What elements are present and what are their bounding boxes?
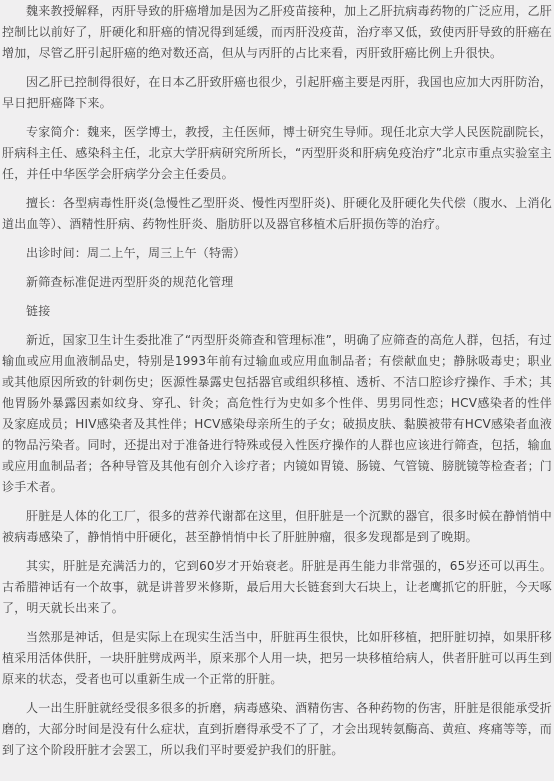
paragraph-protect-liver: 人一出生肝脏就经受很多很多的折磨，病毒感染、酒精伤害、各种药物的伤害，肝脏是很能…	[2, 698, 552, 761]
paragraph-expert-profile: 专家简介：魏来，医学博士，教授，主任医师，博士研究生导师。现任北京大学人民医院副…	[2, 122, 552, 185]
paragraph-expert-specialty: 擅长：各型病毒性肝炎(急慢性乙型肝炎、慢性丙型肝炎)、肝硬化及肝硬化失代偿（腹水…	[2, 193, 552, 235]
paragraph-liver-transplant-regeneration: 当然那是神话，但是实际上在现实生活当中，肝脏再生很快，比如肝移植，把肝脏切掉，如…	[2, 627, 552, 690]
paragraph-clinic-hours: 出诊时间：周二上午，周三上午（特需）	[2, 243, 552, 264]
link-label: 链接	[2, 301, 552, 322]
section-heading-screening-standard: 新筛查标准促进丙型肝炎的规范化管理	[2, 272, 552, 293]
paragraph-liver-silent-organ: 肝脏是人体的化工厂，很多的营养代谢都在这里，但肝脏是一个沉默的器官，很多时候在静…	[2, 506, 552, 548]
article-body: 魏来教授解释，丙肝导致的肝癌增加是因为乙肝疫苗接种，加上乙肝抗病毒药物的广泛应用…	[0, 0, 554, 781]
paragraph-liver-regeneration-myth: 其实，肝脏是充满活力的，它到60岁才开始衰老。肝脏是再生能力非常强的，65岁还可…	[2, 556, 552, 619]
paragraph-hcv-cancer-increase: 魏来教授解释，丙肝导致的肝癌增加是因为乙肝疫苗接种，加上乙肝抗病毒药物的广泛应用…	[2, 1, 552, 64]
paragraph-screening-high-risk-groups: 新近，国家卫生计生委批准了“丙型肝炎筛查和管理标准”，明确了应筛查的高危人群，包…	[2, 330, 552, 498]
paragraph-hbv-controlled: 因乙肝已控制得很好，在日本乙肝致肝癌也很少，引起肝癌主要是丙肝，我国也应加大丙肝…	[2, 72, 552, 114]
